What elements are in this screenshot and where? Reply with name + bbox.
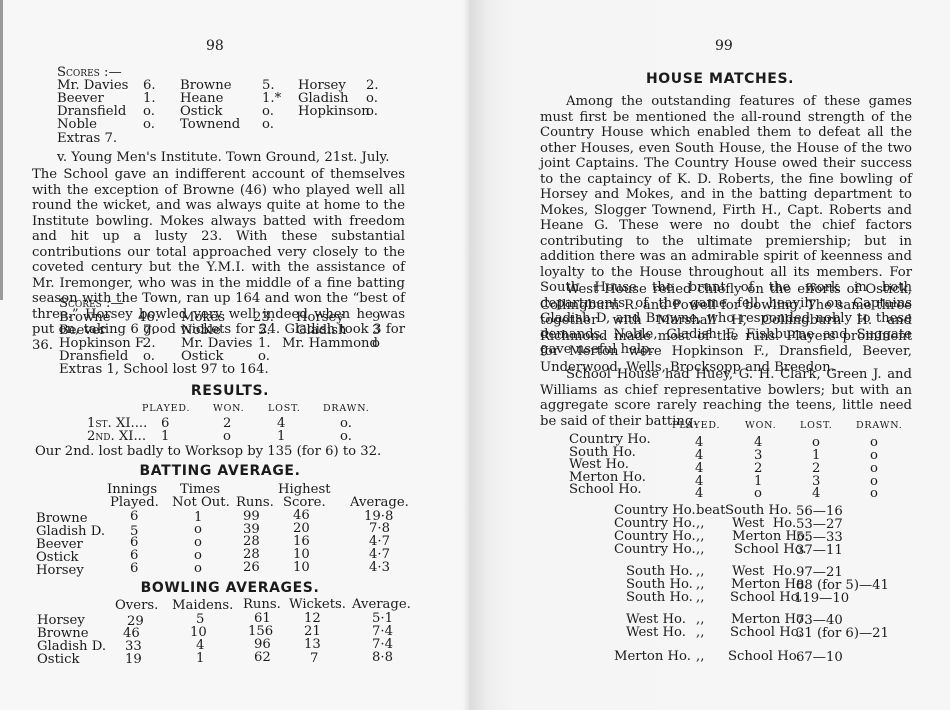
extras-line: Extras 1, School lost 97 to 164.	[59, 362, 269, 377]
loser: School Ho.	[728, 649, 801, 664]
right-page: 99 HOUSE MATCHES. Among the outstanding …	[470, 0, 950, 710]
loser: School Ho.	[730, 625, 803, 640]
page-number: 98	[206, 38, 224, 54]
winner: South Ho.	[626, 590, 693, 605]
loser: School Ho.	[730, 590, 803, 605]
score-name: Hopkinson	[298, 104, 370, 119]
col-header: DRAWN.	[323, 403, 370, 414]
score-value: o.	[262, 117, 274, 132]
score-name: Noble	[57, 117, 97, 132]
house-name: School Ho.	[569, 482, 642, 497]
col-header: LOST.	[800, 420, 833, 431]
col-header: DRAWN.	[856, 420, 903, 431]
wickets: 13	[304, 637, 321, 652]
extras-line: Extras 7.	[57, 131, 117, 146]
score-value: o.	[143, 117, 155, 132]
played-value: 1	[161, 429, 169, 444]
col-header: LOST.	[268, 403, 301, 414]
score: 37—11	[796, 543, 843, 558]
left-page: 98 Scores :— Mr. Davies 6. Browne 5. Hor…	[0, 0, 470, 710]
innings: 6	[130, 561, 138, 576]
winner: Merton Ho.	[614, 649, 691, 664]
page-number: 99	[715, 38, 733, 54]
winner: West Ho.	[626, 625, 686, 640]
paragraph-west-merton: West House relied chiefly on the efforts…	[540, 282, 912, 375]
col-header: Average.	[352, 597, 411, 612]
score-name: Townend	[180, 117, 240, 132]
winner: Country Ho.	[614, 542, 696, 557]
average: 8·8	[372, 650, 393, 665]
col-header: Not Out.	[172, 495, 230, 510]
drawn-value: o.	[340, 429, 352, 444]
col-header: Overs.	[115, 598, 158, 613]
won: o	[754, 486, 762, 501]
score: 31 (for 6)—21	[796, 626, 889, 641]
bowling-heading: BOWLING AVERAGES.	[130, 580, 330, 596]
col-header: Wickets.	[289, 597, 346, 612]
average: 4·3	[369, 560, 390, 575]
page-edge	[0, 0, 3, 300]
results-heading: RESULTS.	[150, 383, 310, 399]
results-note: Our 2nd. lost badly to Worksop by 135 (f…	[35, 444, 381, 459]
wickets: 7	[310, 651, 318, 666]
batting-heading: BATTING AVERAGE.	[120, 463, 320, 479]
overs: 19	[125, 652, 142, 667]
paragraph-text: West House relied chiefly on the efforts…	[540, 282, 912, 375]
col-header: PLAYED.	[672, 420, 720, 431]
innings: 6	[130, 509, 138, 524]
team-name: 2nd. XI...	[87, 429, 146, 444]
runs: 62	[254, 650, 271, 665]
verb: ,,	[696, 542, 704, 557]
col-header: Runs.	[236, 495, 274, 510]
lost-value: 1	[277, 429, 285, 444]
verb: ,,	[696, 649, 704, 664]
scores-label: Scores :—	[59, 296, 124, 311]
match-heading: v. Young Men's Institute. Town Ground, 2…	[57, 150, 389, 165]
col-header: Played.	[110, 495, 159, 510]
drawn: o	[870, 486, 878, 501]
score: 67—10	[796, 650, 843, 665]
col-header: WON.	[745, 420, 776, 431]
runs: 26	[243, 560, 260, 575]
lost: 4	[812, 486, 820, 501]
house-matches-heading: HOUSE MATCHES.	[620, 71, 820, 87]
col-header: Runs.	[243, 597, 281, 612]
played: 4	[695, 486, 703, 501]
player-name: Ostick	[37, 652, 79, 667]
score-name: Mr. Hammond	[282, 336, 378, 351]
not-out: o	[194, 561, 202, 576]
score-value: o	[372, 336, 380, 351]
col-header: WON.	[213, 403, 244, 414]
verb: ,,	[696, 625, 704, 640]
player-name: Horsey	[36, 563, 84, 578]
col-header: PLAYED.	[142, 403, 190, 414]
verb: ,,	[696, 590, 704, 605]
col-header: Maidens.	[172, 598, 233, 613]
col-header: Average.	[350, 495, 409, 510]
score: 119—10	[794, 591, 849, 606]
highest: 10	[293, 560, 310, 575]
maidens: 1	[196, 651, 204, 666]
won-value: o	[223, 429, 231, 444]
score-value: o.	[366, 104, 378, 119]
